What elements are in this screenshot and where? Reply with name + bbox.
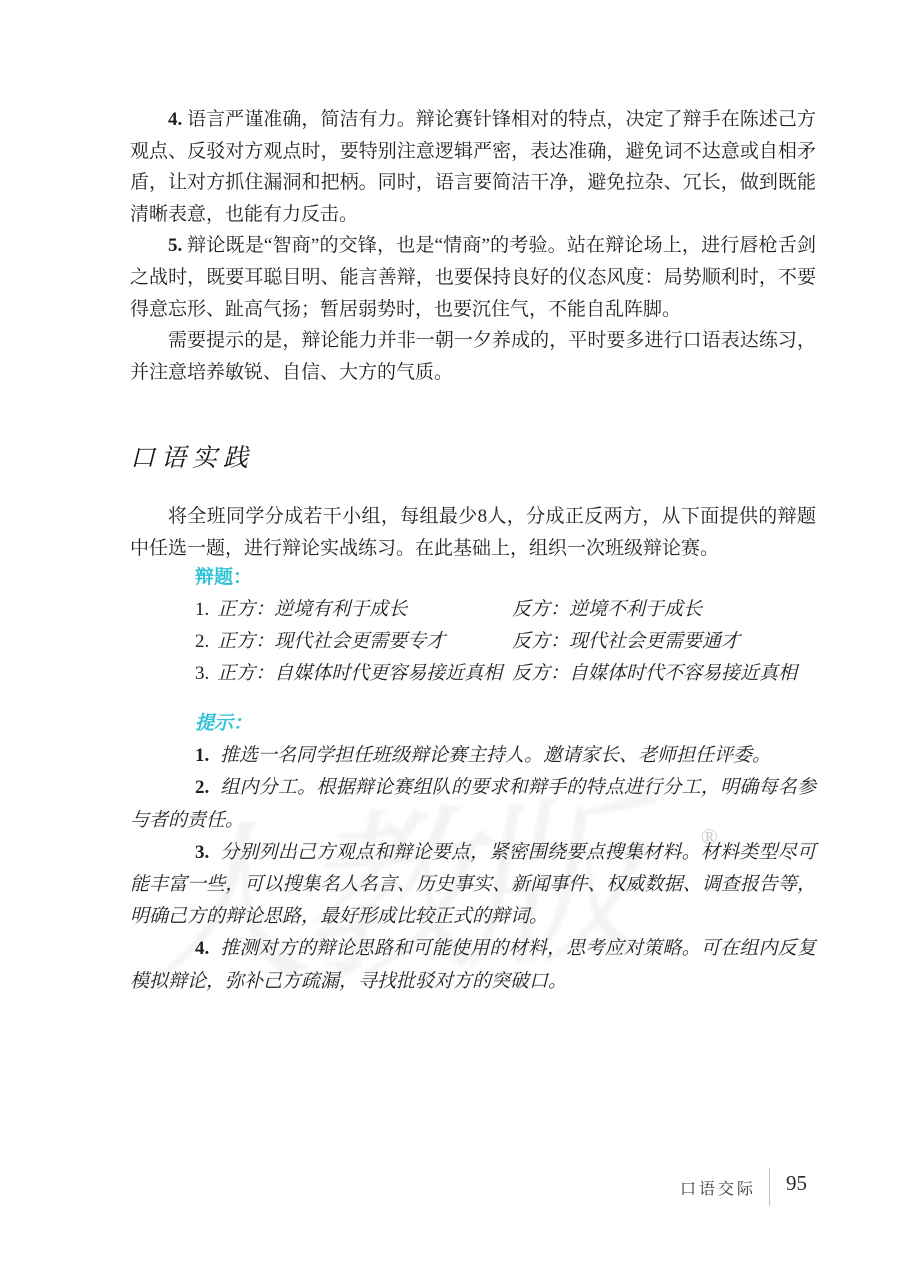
con-position: 反方：自媒体时代不容易接近真相: [512, 658, 797, 690]
footer-divider: [769, 1168, 770, 1206]
topic-row-1: 1.正方：逆境有利于成长 反方：逆境不利于成长: [130, 594, 830, 626]
topic-number: 3.: [195, 663, 209, 684]
practice-intro: 将全班同学分成若干小组，每组最少8人，分成正反两方，从下面提供的辩题中任选一题，…: [130, 501, 816, 565]
pro-position: 正方：逆境有利于成长: [217, 599, 407, 620]
tip-1: 1. 推选一名同学担任班级辩论赛主持人。邀请家长、老师担任评委。: [130, 740, 816, 772]
debate-topics: 辩题： 1.正方：逆境有利于成长 反方：逆境不利于成长 2.正方：现代社会更需要…: [130, 562, 830, 690]
tip-text: 组内分工。根据辩论赛组队的要求和辩手的特点进行分工，明确每名参与者的责任。: [130, 777, 816, 830]
page-number: 95: [786, 1171, 807, 1196]
tip-text: 推测对方的辩论思路和可能使用的材料，思考应对策略。可在组内反复模拟辩论，弥补己方…: [130, 938, 816, 991]
topic-number: 2.: [195, 631, 209, 652]
body-paragraphs: 4. 语言严谨准确，简洁有力。辩论赛针锋相对的特点，决定了辩手在陈述己方观点、反…: [130, 104, 816, 388]
page-footer: 口语交际 95: [0, 1168, 904, 1208]
tips-block: 提示： 1. 推选一名同学担任班级辩论赛主持人。邀请家长、老师担任评委。 2. …: [130, 708, 816, 998]
textbook-page: 人教版 ® 4. 语言严谨准确，简洁有力。辩论赛针锋相对的特点，决定了辩手在陈述…: [0, 0, 904, 1264]
con-position: 反方：逆境不利于成长: [512, 594, 702, 626]
tips-label: 提示：: [130, 708, 816, 740]
paragraph-text: 语言严谨准确，简洁有力。辩论赛针锋相对的特点，决定了辩手在陈述己方观点、反驳对方…: [130, 109, 816, 225]
tip-number: 3.: [195, 842, 209, 863]
tip-number: 4.: [195, 938, 209, 959]
tip-number: 2.: [195, 777, 209, 798]
topics-label: 辩题：: [130, 562, 830, 594]
tip-number: 1.: [195, 745, 209, 766]
con-position: 反方：现代社会更需要通才: [512, 626, 740, 658]
paragraph-5: 5. 辩论既是“智商”的交锋，也是“情商”的考验。站在辩论场上，进行唇枪舌剑之战…: [130, 230, 816, 325]
paragraph-text: 需要提示的是，辩论能力并非一朝一夕养成的，平时要多进行口语表达练习，并注意培养敏…: [130, 330, 816, 383]
pro-position: 正方：自媒体时代更容易接近真相: [217, 663, 502, 684]
section-title: 口语实践: [130, 438, 254, 474]
tip-3: 3. 分别列出己方观点和辩论要点，紧密围绕要点搜集材料。材料类型尽可能丰富一些，…: [130, 837, 816, 934]
intro-paragraph: 将全班同学分成若干小组，每组最少8人，分成正反两方，从下面提供的辩题中任选一题，…: [130, 501, 816, 565]
tip-2: 2. 组内分工。根据辩论赛组队的要求和辩手的特点进行分工，明确每名参与者的责任。: [130, 772, 816, 836]
paragraph-note: 需要提示的是，辩论能力并非一朝一夕养成的，平时要多进行口语表达练习，并注意培养敏…: [130, 325, 816, 388]
footer-section-title: 口语交际: [680, 1176, 756, 1199]
tip-text: 分别列出己方观点和辩论要点，紧密围绕要点搜集材料。材料类型尽可能丰富一些，可以搜…: [130, 842, 816, 927]
tip-4: 4. 推测对方的辩论思路和可能使用的材料，思考应对策略。可在组内反复模拟辩论，弥…: [130, 933, 816, 997]
topic-row-3: 3.正方：自媒体时代更容易接近真相 反方：自媒体时代不容易接近真相: [130, 658, 830, 690]
paragraph-number: 4.: [168, 109, 182, 130]
paragraph-4: 4. 语言严谨准确，简洁有力。辩论赛针锋相对的特点，决定了辩手在陈述己方观点、反…: [130, 104, 816, 230]
paragraph-number: 5.: [168, 235, 182, 256]
pro-position: 正方：现代社会更需要专才: [217, 631, 445, 652]
tip-text: 推选一名同学担任班级辩论赛主持人。邀请家长、老师担任评委。: [215, 745, 771, 766]
paragraph-text: 辩论既是“智商”的交锋，也是“情商”的考验。站在辩论场上，进行唇枪舌剑之战时，既…: [130, 235, 816, 319]
topic-row-2: 2.正方：现代社会更需要专才 反方：现代社会更需要通才: [130, 626, 830, 658]
topic-number: 1.: [195, 599, 209, 620]
